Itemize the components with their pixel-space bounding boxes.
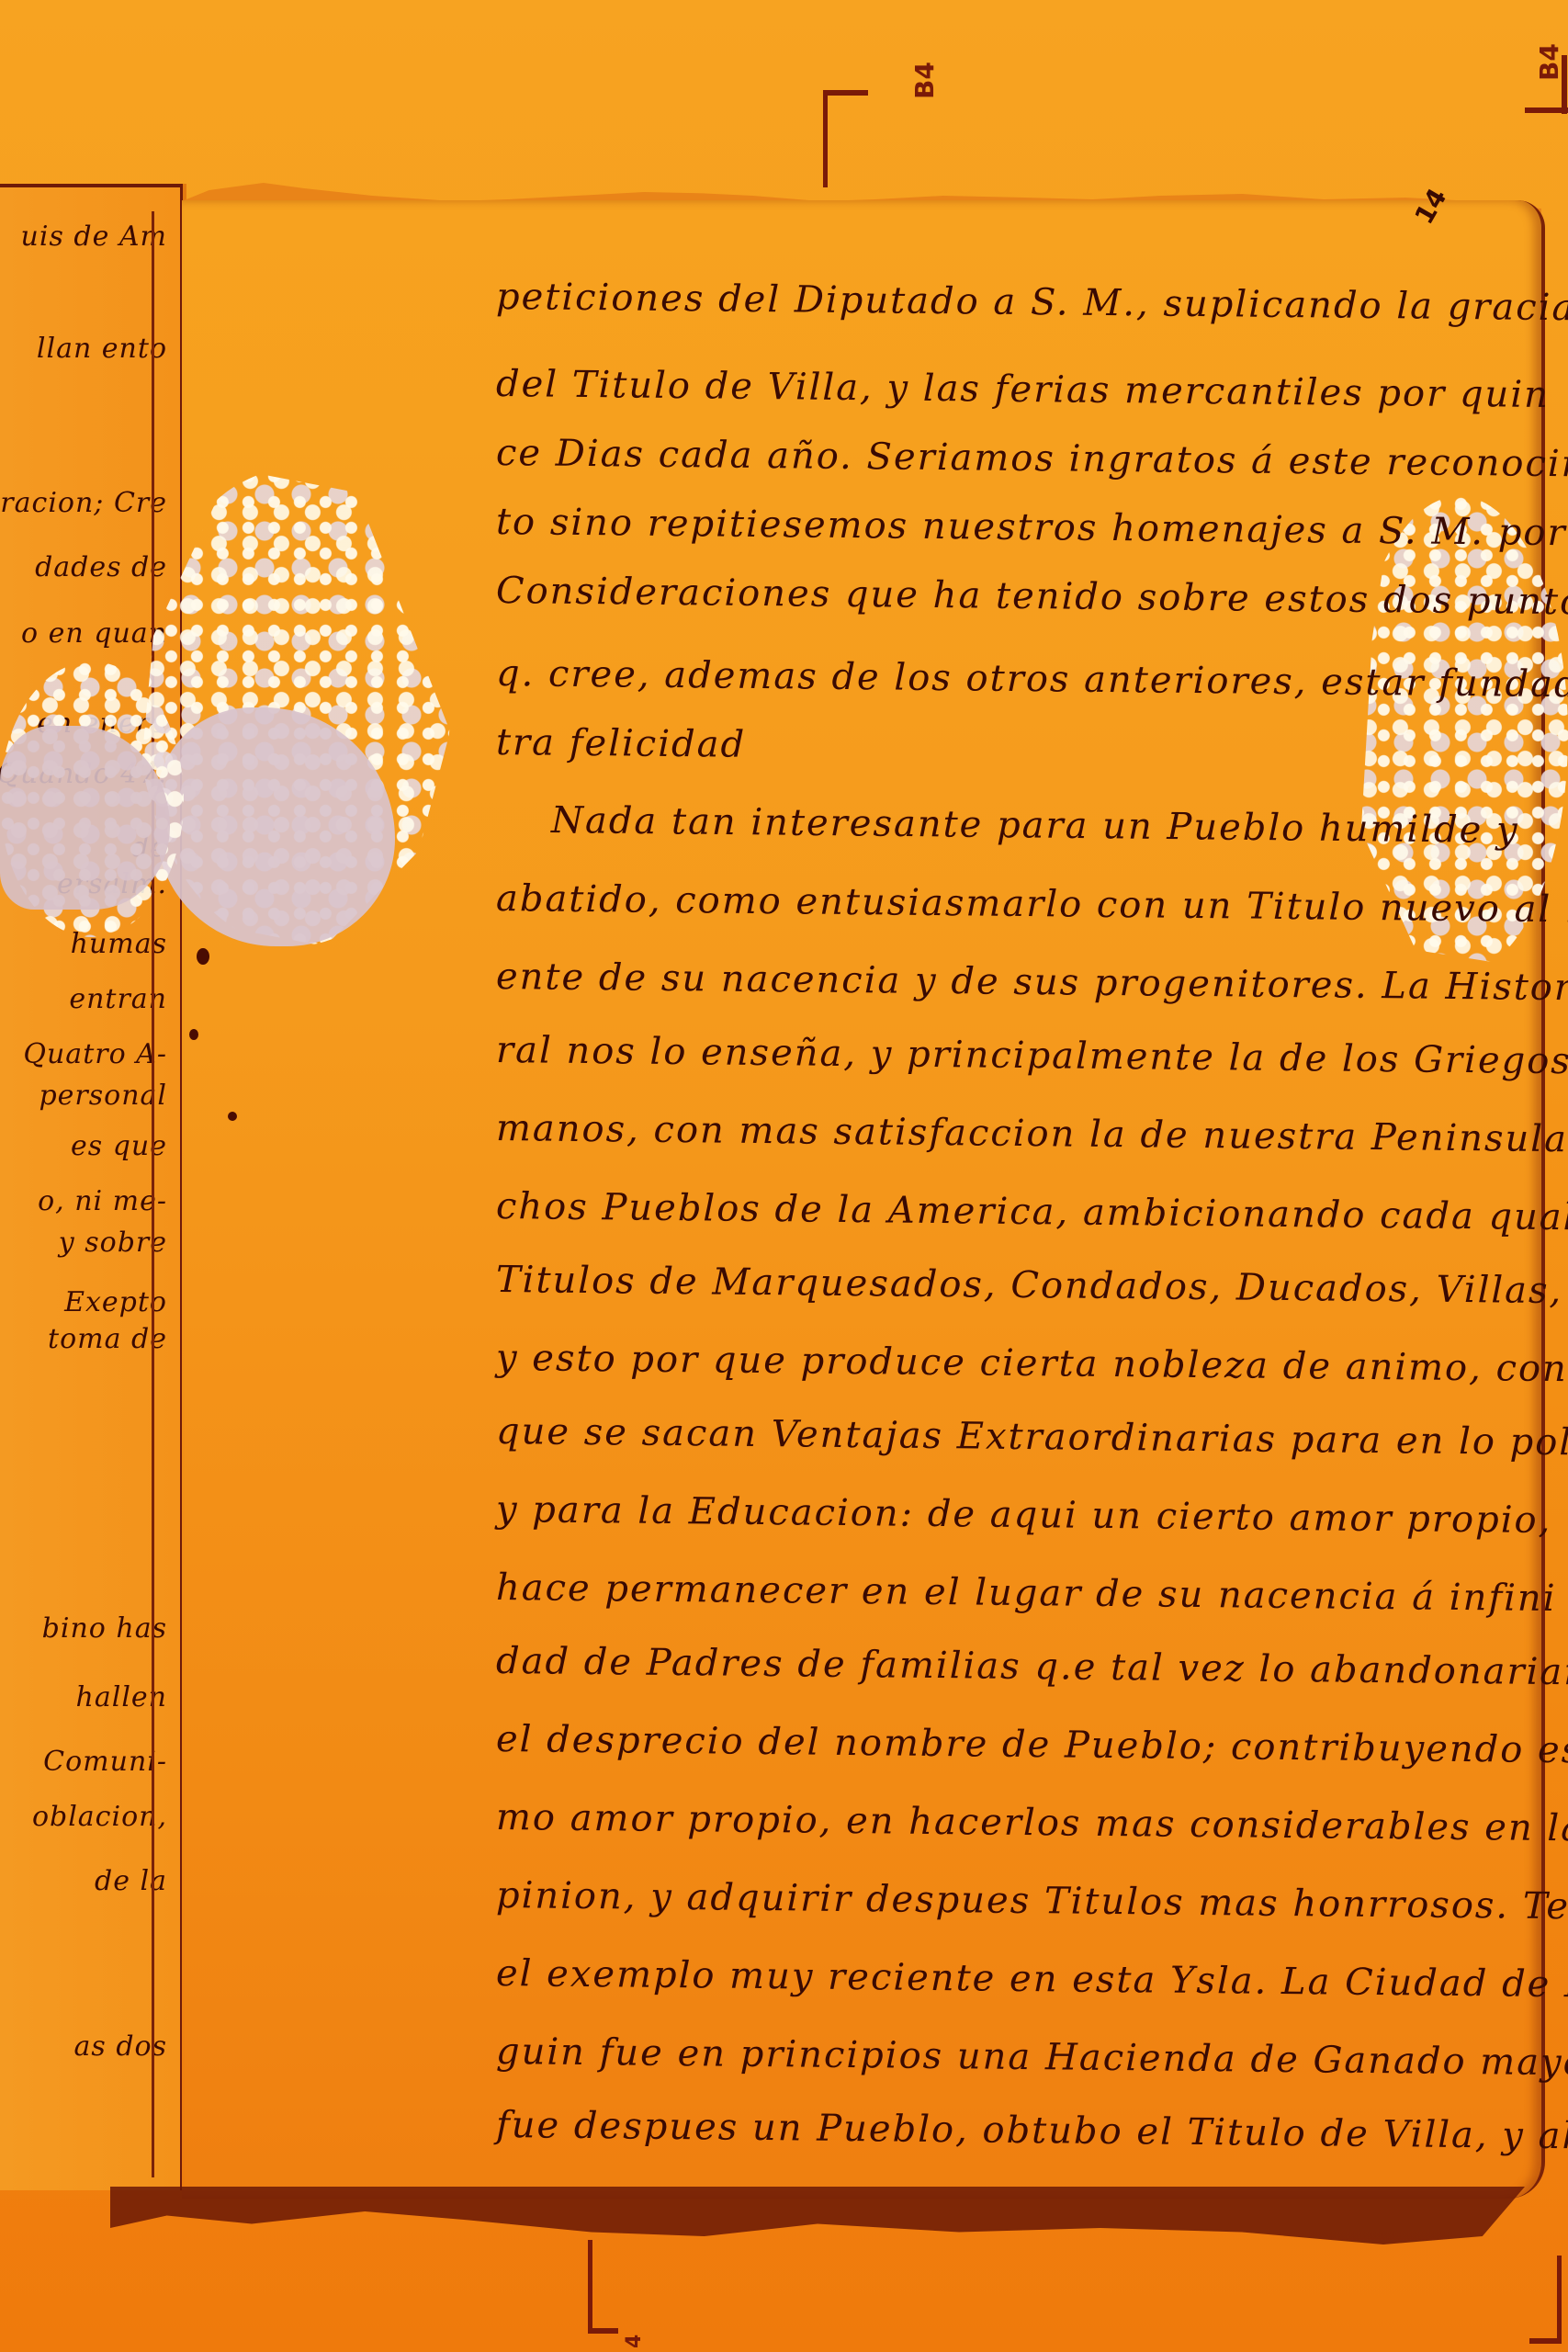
left-line: Comuni- bbox=[43, 1746, 167, 1778]
crop-mark-bottom-left bbox=[588, 2240, 618, 2334]
left-line: bino has bbox=[42, 1612, 167, 1645]
left-line: oblacion, bbox=[32, 1801, 167, 1833]
left-line: dades de bbox=[35, 551, 167, 583]
registration-label-top-left: B4 bbox=[909, 62, 940, 99]
registration-label-top-right: B4 bbox=[1534, 43, 1564, 81]
left-line: racion; Cre bbox=[0, 487, 167, 519]
ink-stain bbox=[197, 948, 209, 965]
left-line: uis de Am bbox=[21, 220, 167, 253]
ink-stain bbox=[228, 1112, 237, 1121]
binding-fold-line bbox=[152, 211, 154, 2177]
left-line: o, ni me- bbox=[38, 1185, 167, 1217]
registration-label-bottom-left: 4 bbox=[623, 2335, 646, 2348]
crop-mark-top-left bbox=[823, 90, 868, 187]
torn-bottom-edge-shadow bbox=[110, 2187, 1525, 2269]
left-line: llan ento bbox=[37, 333, 167, 365]
ink-stain bbox=[189, 1029, 198, 1040]
manuscript-scan: B4 B4 4 uis de Am llan ento racion; Cre … bbox=[0, 0, 1568, 2352]
left-line: personal bbox=[39, 1080, 167, 1112]
left-line: de la bbox=[95, 1865, 167, 1897]
left-line: Quatro A- bbox=[23, 1038, 167, 1070]
left-line: toma de bbox=[48, 1323, 167, 1355]
left-line: o en quan bbox=[21, 617, 167, 650]
crop-mark-bottom-right bbox=[1529, 2256, 1562, 2344]
manuscript-line: tra felicidad bbox=[496, 721, 747, 766]
